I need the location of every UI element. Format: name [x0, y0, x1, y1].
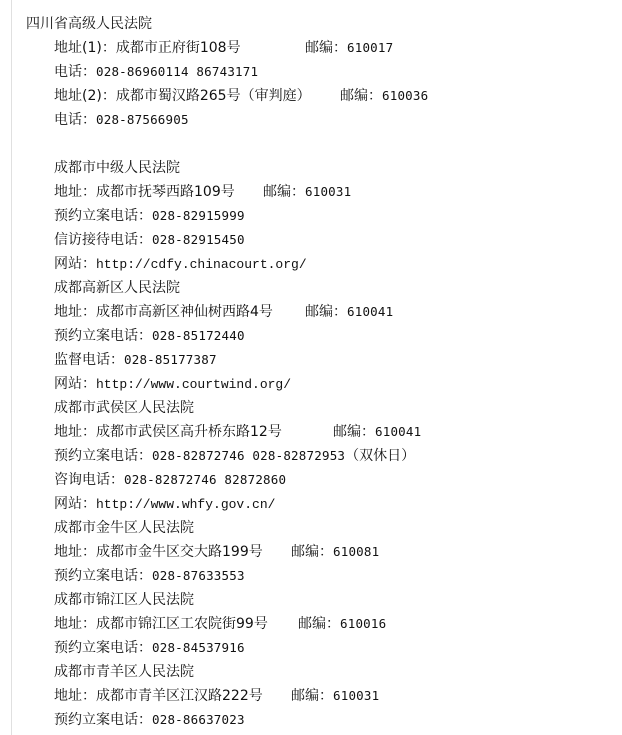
address-label: 地址： [54, 184, 96, 200]
address-label: 地址： [54, 688, 96, 704]
address-value: 成都市正府街108号 [116, 40, 241, 56]
address-value: 成都市锦江区工农院街99号 [96, 616, 268, 632]
address-label: 地址： [54, 424, 96, 440]
postcode: 邮编：610031 [263, 180, 351, 204]
address-label: 地址： [54, 304, 96, 320]
postcode-value: 610041 [375, 424, 421, 439]
address-value: 成都市抚琴西路109号 [96, 184, 235, 200]
court-name-jinjiang: 成都市锦江区人民法院 [0, 588, 622, 612]
website-line: 网站：http://www.whfy.gov.cn/ [0, 492, 622, 516]
court-directory-document: 四川省高级人民法院 地址(1)：成都市正府街108号 邮编：610017 电话：… [0, 12, 622, 732]
section-title-high-court: 四川省高级人民法院 [0, 12, 622, 36]
website-label: 网站： [54, 376, 96, 392]
info-line: 预约立案电话：028-86637023 [0, 708, 622, 732]
info-value: 028-85177387 [124, 352, 217, 367]
address-line: 地址：成都市锦江区工农院街99号 邮编：610016 [0, 612, 622, 636]
info-value: 028-86637023 [152, 712, 245, 727]
info-label: 监督电话： [54, 352, 124, 368]
postcode-label: 邮编： [263, 184, 305, 200]
postcode: 邮编：610041 [305, 300, 393, 324]
postcode-value: 610081 [333, 544, 379, 559]
info-value: 028-82915450 [152, 232, 245, 247]
postcode-label: 邮编： [340, 88, 382, 104]
postcode-label: 邮编： [305, 304, 347, 320]
info-line: 预约立案电话：028-84537916 [0, 636, 622, 660]
postcode-value: 610031 [305, 184, 351, 199]
info-value: 028-87633553 [152, 568, 245, 583]
address-line-2: 地址(2)：成都市蜀汉路265号（审判庭） 邮编：610036 [0, 84, 622, 108]
info-value: 028-82872746 028-82872953 [152, 448, 345, 463]
postcode: 邮编：610017 [305, 36, 393, 60]
info-label: 咨询电话： [54, 472, 124, 488]
phone-label: 电话： [54, 64, 96, 80]
website-link[interactable]: http://www.whfy.gov.cn/ [96, 497, 275, 512]
info-label: 预约立案电话： [54, 640, 152, 656]
phone-line-1: 电话：028-86960114 86743171 [0, 60, 622, 84]
address-label: 地址(2)： [54, 88, 116, 104]
info-suffix: （双休日） [345, 448, 415, 464]
website-link[interactable]: http://www.courtwind.org/ [96, 377, 291, 392]
postcode: 邮编：610031 [291, 684, 379, 708]
address-line: 地址：成都市金牛区交大路199号 邮编：610081 [0, 540, 622, 564]
website-link[interactable]: http://cdfy.chinacourt.org/ [96, 257, 307, 272]
court-name-intermediate: 成都市中级人民法院 [0, 156, 622, 180]
address-label: 地址： [54, 616, 96, 632]
postcode: 邮编：610016 [298, 612, 386, 636]
info-label: 信访接待电话： [54, 232, 152, 248]
info-label: 预约立案电话： [54, 328, 152, 344]
info-value: 028-84537916 [152, 640, 245, 655]
info-label: 预约立案电话： [54, 208, 152, 224]
postcode: 邮编：610041 [333, 420, 421, 444]
info-label: 预约立案电话： [54, 568, 152, 584]
postcode-value: 610036 [382, 88, 428, 103]
postcode-label: 邮编： [333, 424, 375, 440]
address-value: 成都市蜀汉路265号（审判庭） [116, 88, 311, 104]
address-line: 地址：成都市高新区神仙树西路4号 邮编：610041 [0, 300, 622, 324]
postcode-label: 邮编： [305, 40, 347, 56]
phone-value: 028-87566905 [96, 112, 189, 127]
website-label: 网站： [54, 496, 96, 512]
address-value: 成都市金牛区交大路199号 [96, 544, 263, 560]
address-label: 地址(1)： [54, 40, 116, 56]
court-name-gaoxin: 成都高新区人民法院 [0, 276, 622, 300]
court-name: 成都市中级人民法院 [54, 160, 180, 176]
postcode-value: 610016 [340, 616, 386, 631]
info-line: 预约立案电话：028-85172440 [0, 324, 622, 348]
address-line: 地址：成都市武侯区高升桥东路12号 邮编：610041 [0, 420, 622, 444]
address-line: 地址：成都市抚琴西路109号 邮编：610031 [0, 180, 622, 204]
address-label: 地址： [54, 544, 96, 560]
info-value: 028-85172440 [152, 328, 245, 343]
court-name-jinniu: 成都市金牛区人民法院 [0, 516, 622, 540]
info-line: 预约立案电话：028-82915999 [0, 204, 622, 228]
court-name-qingyang: 成都市青羊区人民法院 [0, 660, 622, 684]
info-value: 028-82872746 82872860 [124, 472, 286, 487]
website-line: 网站：http://cdfy.chinacourt.org/ [0, 252, 622, 276]
postcode-label: 邮编： [298, 616, 340, 632]
phone-line-2: 电话：028-87566905 [0, 108, 622, 132]
postcode-value: 610041 [347, 304, 393, 319]
court-name: 成都市锦江区人民法院 [54, 592, 194, 608]
address-line: 地址：成都市青羊区江汉路222号 邮编：610031 [0, 684, 622, 708]
website-label: 网站： [54, 256, 96, 272]
info-value: 028-82915999 [152, 208, 245, 223]
court-name: 成都市武侯区人民法院 [54, 400, 194, 416]
postcode: 邮编：610081 [291, 540, 379, 564]
postcode-value: 610031 [333, 688, 379, 703]
court-name: 成都高新区人民法院 [54, 280, 180, 296]
phone-value: 028-86960114 86743171 [96, 64, 258, 79]
info-line: 监督电话：028-85177387 [0, 348, 622, 372]
postcode-value: 610017 [347, 40, 393, 55]
phone-label: 电话： [54, 112, 96, 128]
court-name: 四川省高级人民法院 [26, 16, 152, 32]
postcode-label: 邮编： [291, 688, 333, 704]
postcode: 邮编：610036 [340, 84, 428, 108]
info-line: 信访接待电话：028-82915450 [0, 228, 622, 252]
address-value: 成都市高新区神仙树西路4号 [96, 304, 273, 320]
court-name: 成都市青羊区人民法院 [54, 664, 194, 680]
address-value: 成都市武侯区高升桥东路12号 [96, 424, 282, 440]
info-line: 预约立案电话：028-82872746 028-82872953（双休日） [0, 444, 622, 468]
website-line: 网站：http://www.courtwind.org/ [0, 372, 622, 396]
address-line-1: 地址(1)：成都市正府街108号 邮编：610017 [0, 36, 622, 60]
info-label: 预约立案电话： [54, 448, 152, 464]
address-value: 成都市青羊区江汉路222号 [96, 688, 263, 704]
court-name-wuhou: 成都市武侯区人民法院 [0, 396, 622, 420]
postcode-label: 邮编： [291, 544, 333, 560]
info-label: 预约立案电话： [54, 712, 152, 728]
court-name: 成都市金牛区人民法院 [54, 520, 194, 536]
info-line: 预约立案电话：028-87633553 [0, 564, 622, 588]
blank-line [0, 132, 622, 156]
info-line: 咨询电话：028-82872746 82872860 [0, 468, 622, 492]
